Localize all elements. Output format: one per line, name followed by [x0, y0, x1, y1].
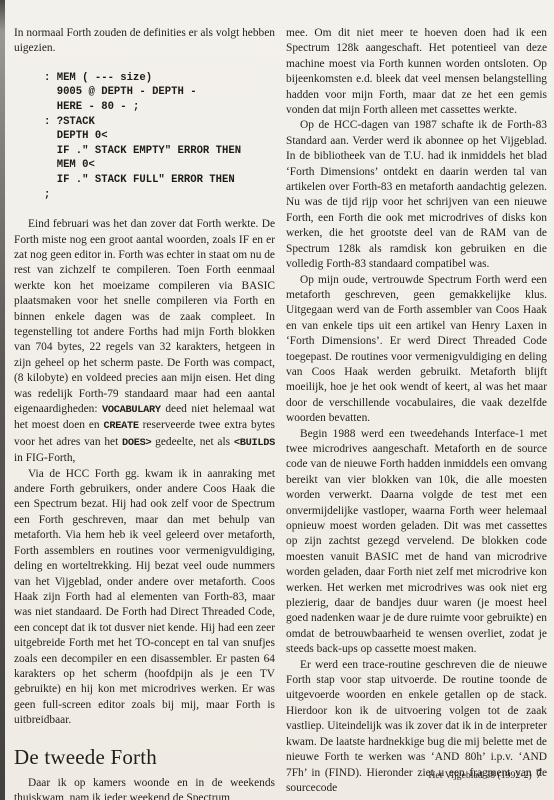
paragraph-text: mee. Om dit niet meer te hoeven doen had… — [286, 27, 547, 116]
page-footer: Het Vijgeblad 38 (1992-2)7 — [428, 767, 542, 782]
scanned-magazine-page: In normaal Forth zouden de definities er… — [0, 0, 554, 800]
inline-code: VOCABULARY — [102, 404, 161, 416]
body-paragraph: Via de HCC Forth gg. kwam ik in aanrakin… — [14, 467, 275, 729]
right-column: mee. Om dit niet meer te hoeven doen had… — [286, 26, 547, 760]
paragraph-text: Via de HCC Forth gg. kwam ik in aanrakin… — [14, 468, 275, 727]
paragraph-text: in FIG-Forth, — [14, 452, 75, 464]
left-column: In normaal Forth zouden de definities er… — [14, 26, 275, 760]
paragraph-text: Daar ik op kamers woonde en in de weeken… — [14, 777, 275, 800]
body-paragraph: Daar ik op kamers woonde en in de weeken… — [14, 776, 275, 800]
two-column-text-area: In normaal Forth zouden de definities er… — [14, 26, 547, 760]
section-heading: De tweede Forth — [14, 745, 275, 769]
body-paragraph: mee. Om dit niet meer te hoeven doen had… — [286, 26, 547, 118]
inline-code: DOES> — [122, 437, 151, 449]
paragraph-text: Op mijn oude, vertrouwde Spectrum Forth … — [286, 274, 547, 425]
body-paragraph: Op mijn oude, vertrouwde Spectrum Forth … — [286, 273, 547, 427]
body-paragraph: In normaal Forth zouden de definities er… — [14, 26, 275, 57]
inline-code: <BUILDS — [234, 437, 275, 449]
body-paragraph: Begin 1988 werd een tweedehands Interfac… — [286, 427, 547, 658]
body-paragraph: Eind februari was het dan zover dat Fort… — [14, 217, 275, 467]
page-number: 7 — [532, 767, 542, 781]
forth-code-listing: : MEM ( --- size) 9005 @ DEPTH - DEPTH -… — [44, 71, 275, 202]
paragraph-text: Op de HCC-dagen van 1987 schafte ik de F… — [286, 119, 547, 270]
paragraph-text: Begin 1988 werd een tweedehands Interfac… — [286, 428, 547, 656]
body-paragraph: Op de HCC-dagen van 1987 schafte ik de F… — [286, 118, 547, 272]
paragraph-text: Eind februari was het dan zover dat Fort… — [14, 218, 275, 415]
inline-code: CREATE — [103, 420, 138, 432]
paragraph-text: gedeelte, net als — [151, 436, 233, 448]
paragraph-text: In normaal Forth zouden de definities er… — [14, 27, 275, 54]
journal-issue-label: Het Vijgeblad 38 (1992-2) — [428, 770, 531, 781]
scan-edge-artifact — [0, 0, 5, 800]
